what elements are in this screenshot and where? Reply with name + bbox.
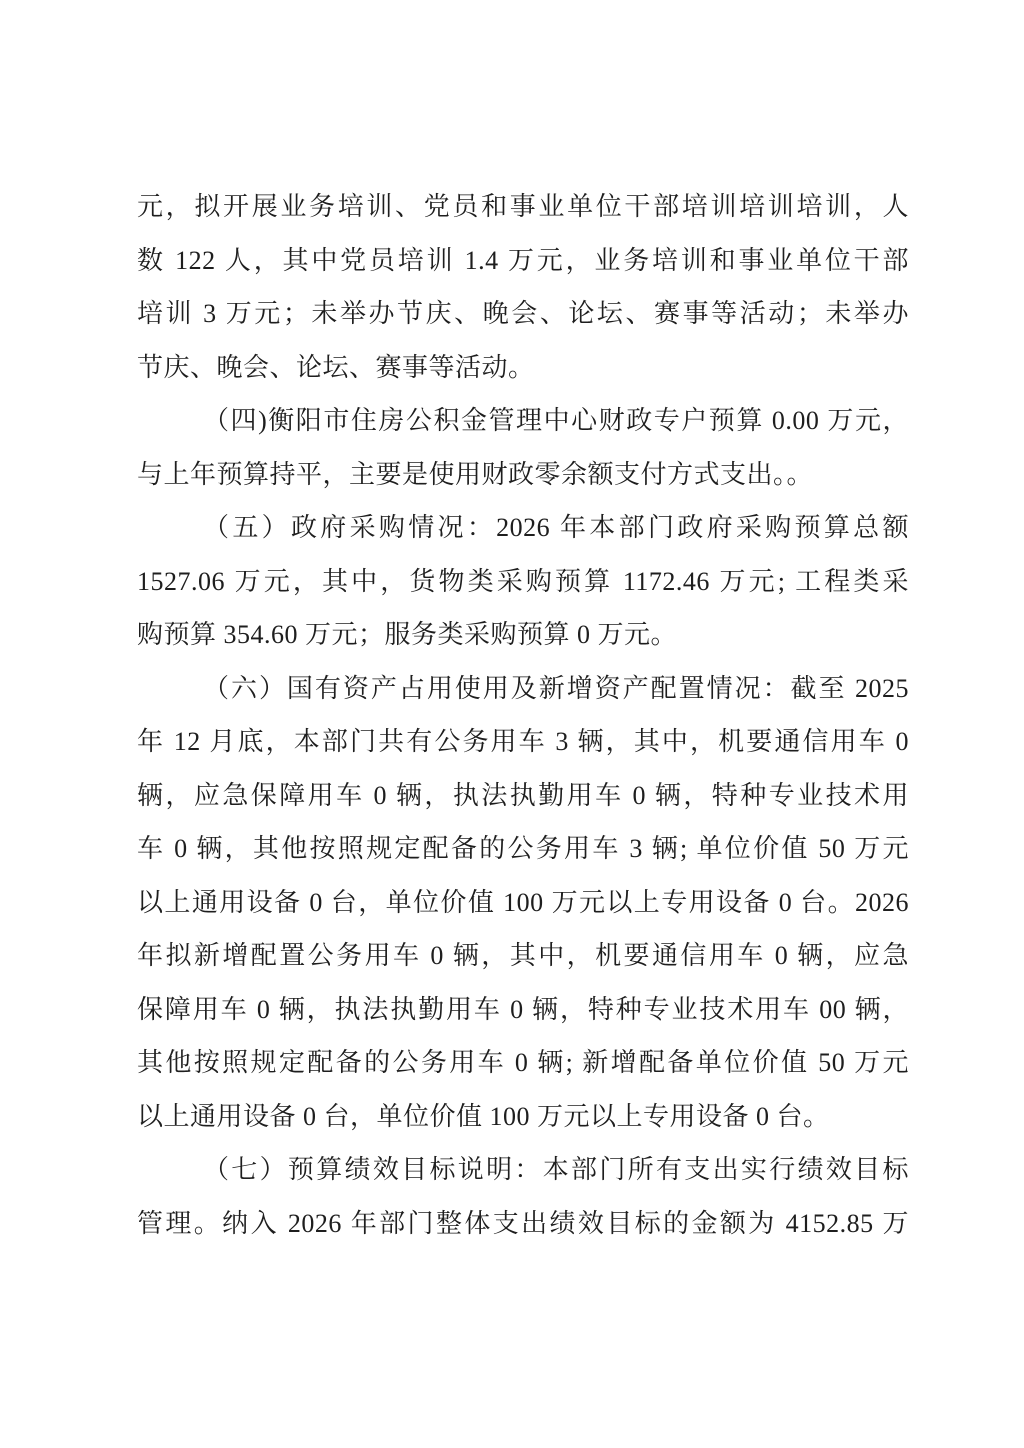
document-page: 元，拟开展业务培训、党员和事业单位干部培训培训培训，人 数 122 人，其中党员… bbox=[0, 0, 1024, 1448]
text-line: 年 12 月底，本部门共有公务用车 3 辆，其中，机要通信用车 0 bbox=[137, 715, 909, 769]
text-line: 培训 3 万元；未举办节庆、晚会、论坛、赛事等活动；未举办 bbox=[137, 287, 909, 341]
paragraph-section-7: （七）预算绩效目标说明：本部门所有支出实行绩效目标 管理。纳入 2026 年部门… bbox=[137, 1143, 909, 1250]
text-line: （五）政府采购情况：2026 年本部门政府采购预算总额 bbox=[137, 501, 909, 555]
text-line: 元，拟开展业务培训、党员和事业单位干部培训培训培训，人 bbox=[137, 180, 909, 234]
text-line: 数 122 人，其中党员培训 1.4 万元，业务培训和事业单位干部 bbox=[137, 234, 909, 288]
text-line: 年拟新增配置公务用车 0 辆，其中，机要通信用车 0 辆，应急 bbox=[137, 929, 909, 983]
text-line: 1527.06 万元，其中，货物类采购预算 1172.46 万元; 工程类采 bbox=[137, 555, 909, 609]
text-line: 与上年预算持平，主要是使用财政零余额支付方式支出。。 bbox=[137, 448, 909, 502]
text-line: 以上通用设备 0 台，单位价值 100 万元以上专用设备 0 台。2026 bbox=[137, 876, 909, 930]
text-line: 管理。纳入 2026 年部门整体支出绩效目标的金额为 4152.85 万 bbox=[137, 1197, 909, 1251]
paragraph-section-4: （四)衡阳市住房公积金管理中心财政专户预算 0.00 万元， 与上年预算持平，主… bbox=[137, 394, 909, 501]
text-line: 保障用车 0 辆，执法执勤用车 0 辆，特种专业技术用车 00 辆， bbox=[137, 983, 909, 1037]
text-line: （七）预算绩效目标说明：本部门所有支出实行绩效目标 bbox=[137, 1143, 909, 1197]
paragraph-training-activities: 元，拟开展业务培训、党员和事业单位干部培训培训培训，人 数 122 人，其中党员… bbox=[137, 180, 909, 394]
text-line: 节庆、晚会、论坛、赛事等活动。 bbox=[137, 341, 909, 395]
paragraph-section-6: （六）国有资产占用使用及新增资产配置情况：截至 2025 年 12 月底，本部门… bbox=[137, 662, 909, 1144]
paragraph-section-5: （五）政府采购情况：2026 年本部门政府采购预算总额 1527.06 万元，其… bbox=[137, 501, 909, 662]
text-line: （四)衡阳市住房公积金管理中心财政专户预算 0.00 万元， bbox=[137, 394, 909, 448]
document-text-block: 元，拟开展业务培训、党员和事业单位干部培训培训培训，人 数 122 人，其中党员… bbox=[137, 180, 909, 1250]
text-line: 车 0 辆，其他按照规定配备的公务用车 3 辆; 单位价值 50 万元 bbox=[137, 822, 909, 876]
text-line: 其他按照规定配备的公务用车 0 辆; 新增配备单位价值 50 万元 bbox=[137, 1036, 909, 1090]
text-line: 以上通用设备 0 台，单位价值 100 万元以上专用设备 0 台。 bbox=[137, 1090, 909, 1144]
text-line: （六）国有资产占用使用及新增资产配置情况：截至 2025 bbox=[137, 662, 909, 716]
text-line: 辆，应急保障用车 0 辆，执法执勤用车 0 辆，特种专业技术用 bbox=[137, 769, 909, 823]
text-line: 购预算 354.60 万元；服务类采购预算 0 万元。 bbox=[137, 608, 909, 662]
